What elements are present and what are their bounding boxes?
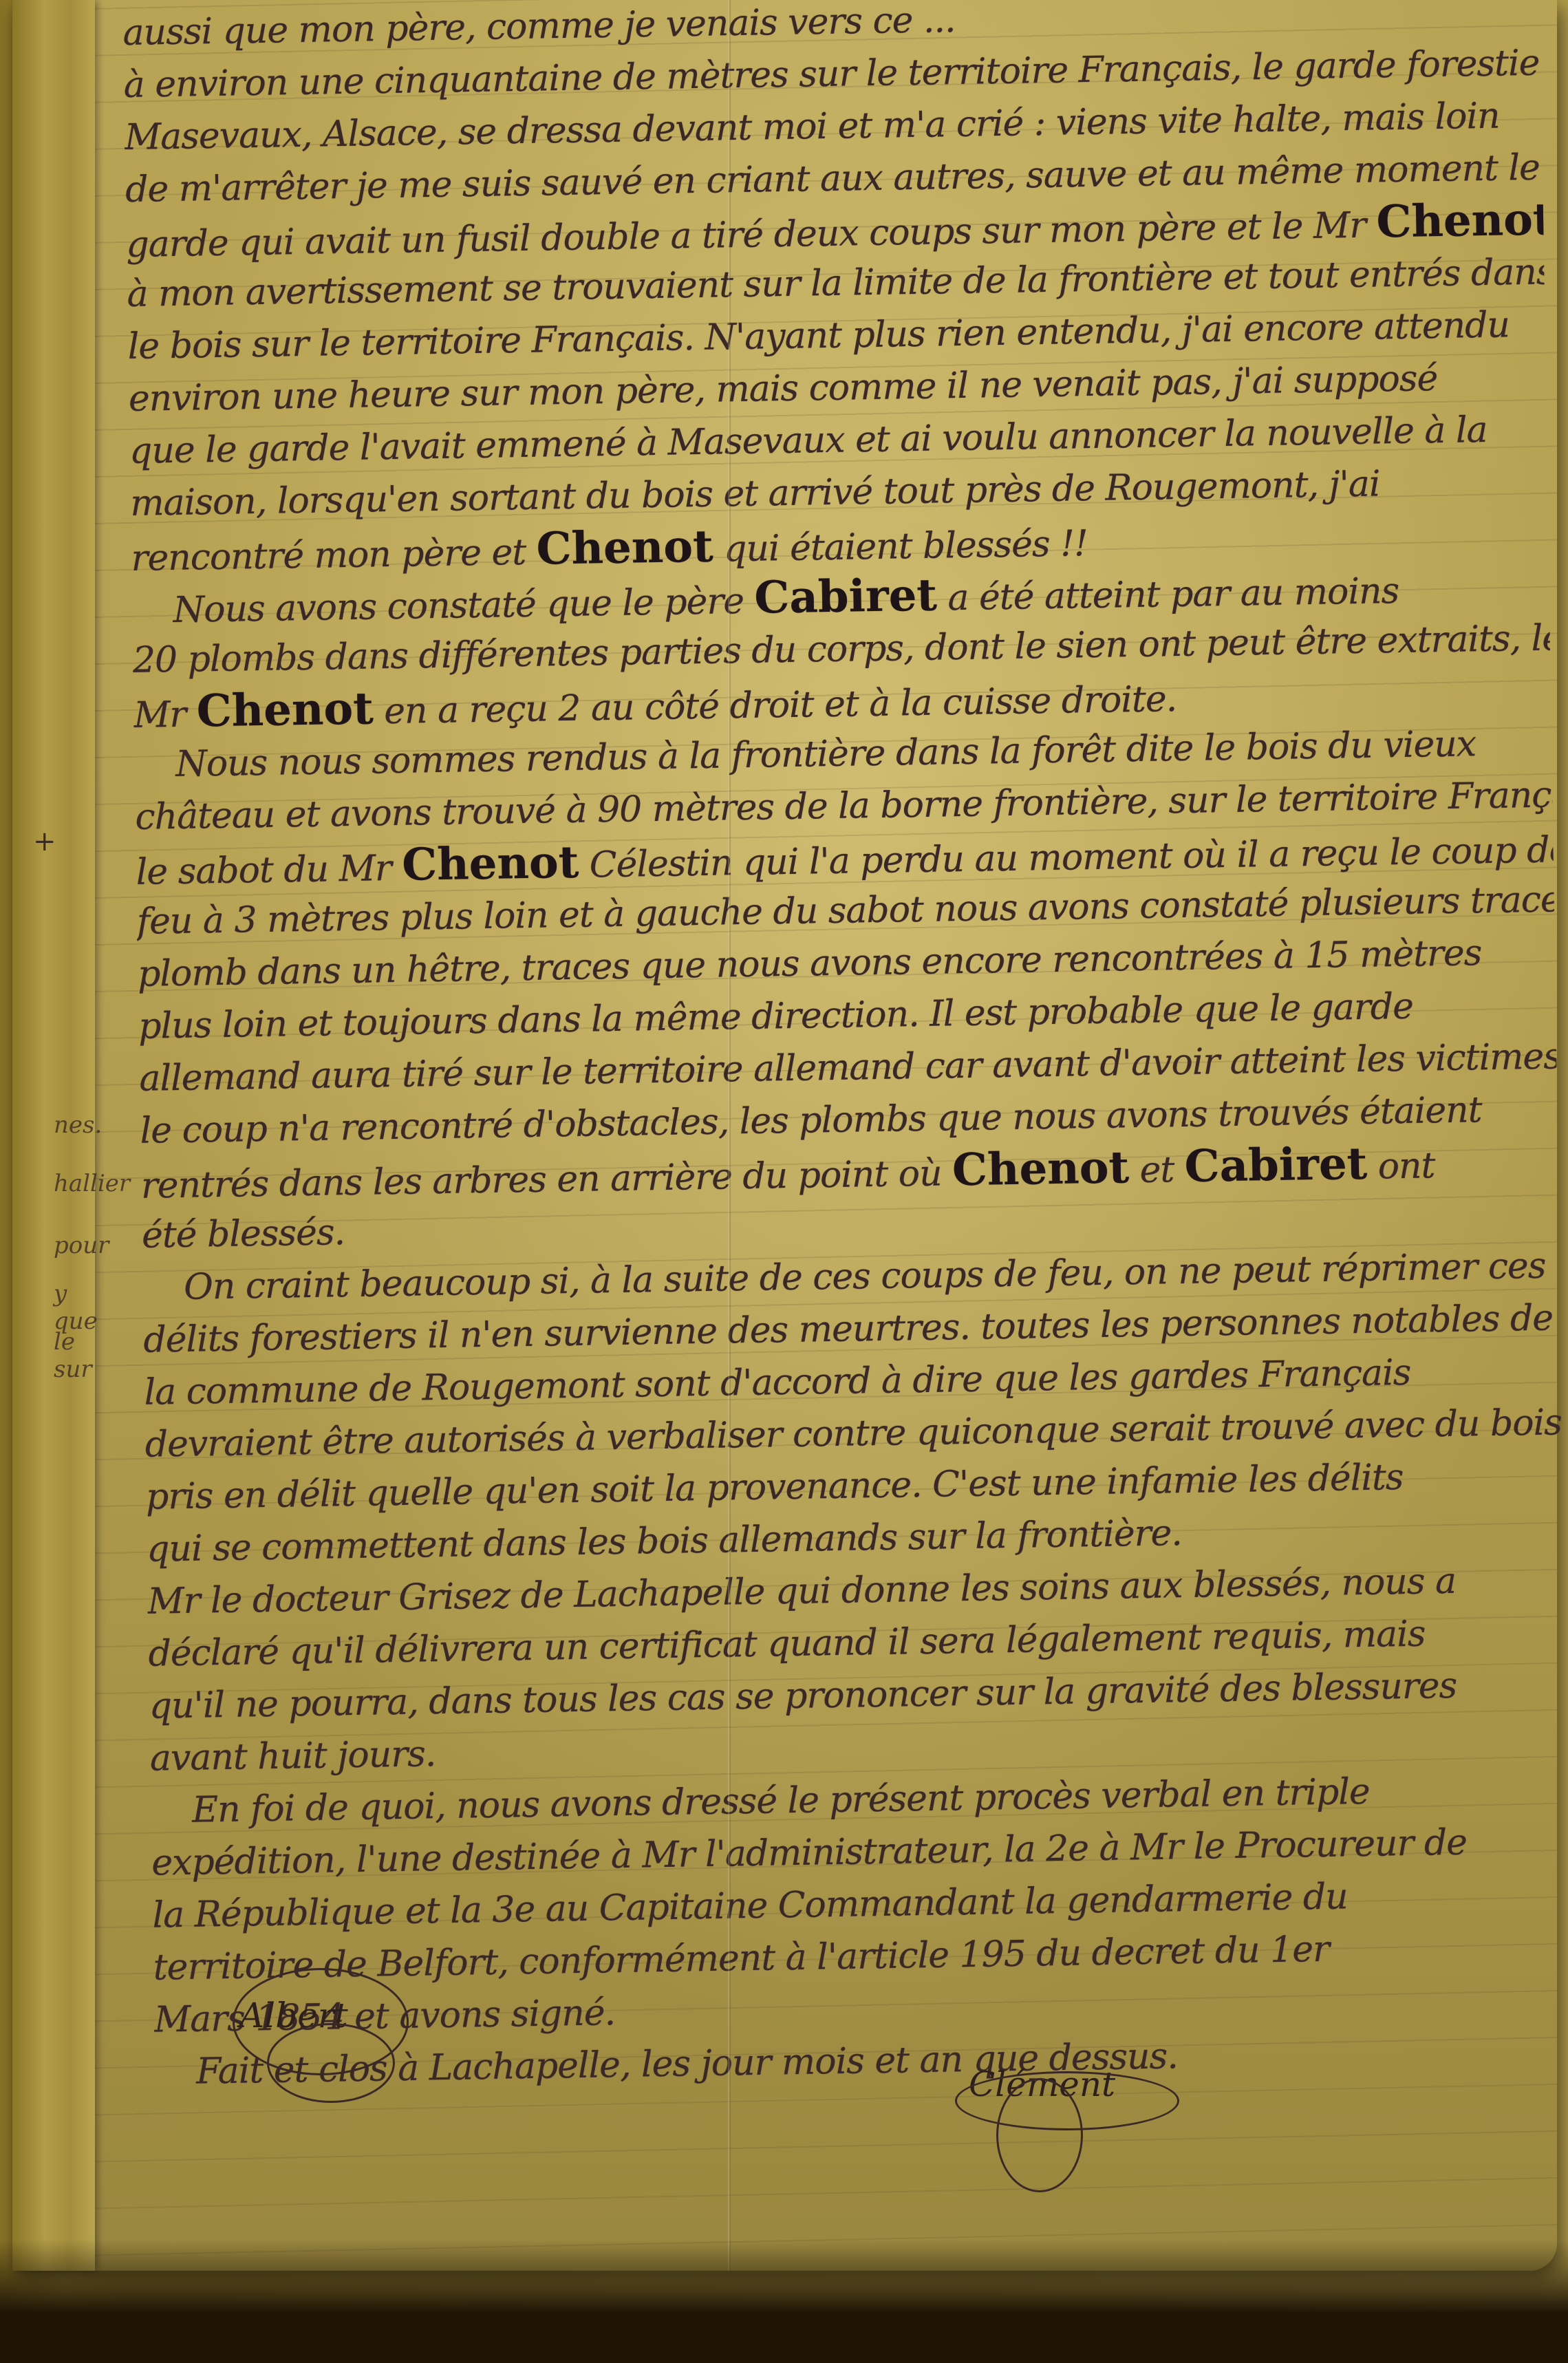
- name-chenot: Chenot: [196, 683, 374, 737]
- margin-note: le sur: [54, 1328, 95, 1383]
- signature-flourish: [996, 2078, 1083, 2192]
- signature-area: Albert Clément: [12, 1968, 1557, 2174]
- manuscript-page: + nes. hallier pour y que le sur aussi q…: [12, 0, 1557, 2271]
- margin-note: y que: [54, 1280, 98, 1335]
- document-photo: + nes. hallier pour y que le sur aussi q…: [0, 0, 1568, 2363]
- signature-flourish: [267, 2023, 395, 2103]
- margin-note: hallier: [54, 1170, 130, 1197]
- name-chenot: Chenot: [1376, 194, 1544, 248]
- margin-note: nes.: [54, 1111, 102, 1139]
- name-cabiret: Cabiret: [754, 570, 938, 624]
- signature-right: Clément: [969, 2064, 1115, 2104]
- margin-cross-mark: +: [33, 826, 56, 857]
- name-cabiret: Cabiret: [1184, 1138, 1368, 1193]
- name-chenot: Chenot: [536, 521, 713, 575]
- signature-left: Albert: [239, 1996, 348, 2035]
- table-shadow: [0, 2239, 1568, 2363]
- manuscript-body: aussi que mon père, comme je venais vers…: [122, 0, 1568, 2099]
- margin-note: pour: [54, 1232, 109, 1259]
- name-chenot: Chenot: [952, 1142, 1129, 1196]
- name-chenot: Chenot: [402, 837, 579, 891]
- torn-left-margin: + nes. hallier pour y que le sur: [12, 0, 95, 2271]
